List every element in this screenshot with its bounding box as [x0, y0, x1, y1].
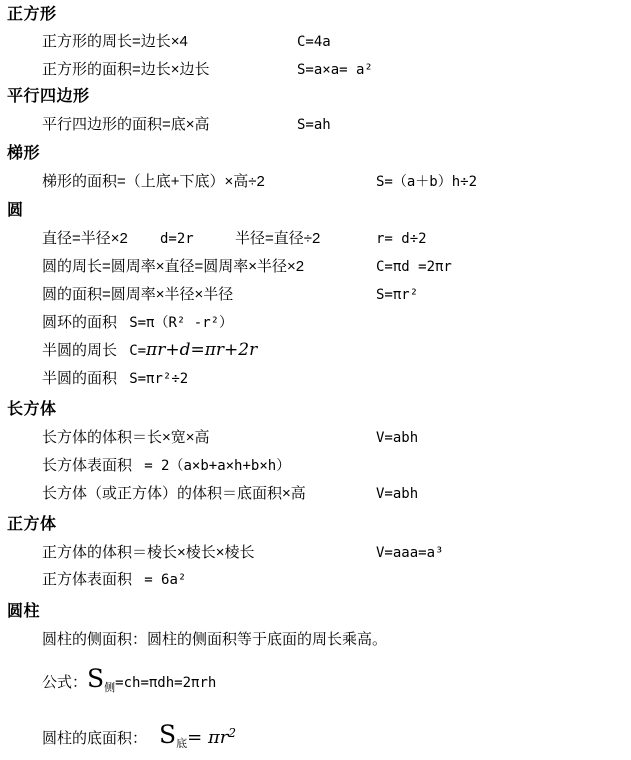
formula-value: S=（a＋b）h÷2	[376, 172, 477, 192]
formula-value: S=a×a= a²	[297, 60, 373, 80]
formula-document: 正方形 正方形的周长=边长×4 C=4a 正方形的面积=边长×边长 S=a×a=…	[0, 0, 631, 760]
formula-desc: 正方形的面积=边长×边长	[42, 60, 210, 80]
formula-desc: 正方体的体积＝棱长×棱长×棱长	[42, 543, 255, 563]
formula-desc: 圆柱的侧面积：圆柱的侧面积等于底面的周长乘高。	[42, 631, 387, 648]
formula-value: V=abh	[376, 484, 418, 504]
formula-value: S=ah	[297, 115, 331, 135]
formula-italic: πr+d=πr+2r	[146, 340, 257, 360]
formula-value: S=π（R² -r²）	[129, 315, 233, 331]
formula-desc: 圆柱的底面积：	[42, 730, 147, 747]
formula-row: 正方体表面积 = 6a²	[42, 568, 186, 592]
formula-row: 圆柱的底面积：S底= πr2	[42, 716, 236, 750]
formula-segment: 直径=半径×2	[42, 229, 128, 249]
formula-italic: = πr	[187, 727, 228, 748]
formula-desc: 正方形的周长=边长×4	[42, 32, 188, 52]
formula-value: = 6a²	[144, 572, 186, 588]
formula-desc: 半圆的周长	[42, 342, 117, 359]
formula-desc: 梯形的面积=（上底+下底）×高÷2	[42, 172, 265, 192]
formula-row: 长方体表面积 = 2（a×b+a×h+b×h）	[42, 454, 290, 478]
section-heading-cuboid: 长方体	[7, 400, 57, 420]
formula-desc: 圆的周长=圆周率×直径=圆周率×半径×2	[42, 257, 304, 277]
formula-segment: 半径=直径÷2	[235, 229, 320, 249]
formula-row: 平行四边形的面积=底×高 S=ah	[0, 115, 631, 135]
formula-row: 圆环的面积 S=π（R² -r²）	[42, 311, 233, 335]
formula-value: V=aaa=a³	[376, 543, 443, 563]
section-heading-trapezoid: 梯形	[7, 144, 40, 164]
formula-value: = 2（a×b+a×h+b×h）	[144, 458, 290, 474]
formula-desc: 长方体表面积	[42, 457, 132, 474]
formula-value: C=4a	[297, 32, 331, 52]
section-heading-parallelogram: 平行四边形	[7, 87, 90, 107]
formula-segment: d=2r	[160, 229, 194, 249]
formula-row: 圆的面积=圆周率×半径×半径 S=πr²	[0, 285, 631, 305]
formula-value: =ch=πdh=2πrh	[115, 675, 216, 691]
formula-row: 公式：S侧=ch=πdh=2πrh	[42, 663, 216, 695]
formula-row: 直径=半径×2 d=2r 半径=直径÷2 r= d÷2	[0, 229, 631, 249]
section-heading-cube: 正方体	[7, 515, 57, 535]
formula-row: 正方形的面积=边长×边长 S=a×a= a²	[0, 60, 631, 80]
formula-s-subscript: 侧	[104, 682, 115, 694]
section-heading-cylinder: 圆柱	[7, 602, 40, 622]
formula-desc: 公式：	[42, 674, 87, 691]
formula-desc: 圆的面积=圆周率×半径×半径	[42, 285, 233, 305]
formula-desc: 长方体的体积＝长×宽×高	[42, 428, 210, 448]
section-heading-circle: 圆	[7, 201, 24, 221]
formula-row: 半圆的面积 S=πr²÷2	[42, 367, 188, 391]
formula-prefix: C=	[129, 343, 146, 359]
formula-desc: 长方体（或正方体）的体积＝底面积×高	[42, 484, 306, 504]
formula-desc: 正方体表面积	[42, 571, 132, 588]
formula-row: 半圆的周长 C=πr+d=πr+2r	[42, 338, 257, 362]
formula-segment: r= d÷2	[376, 229, 427, 249]
formula-value: S=πr²	[376, 285, 418, 305]
formula-row: 长方体（或正方体）的体积＝底面积×高 V=abh	[0, 484, 631, 504]
formula-s-subscript: 底	[176, 738, 187, 750]
formula-value: S=πr²÷2	[129, 371, 188, 387]
formula-s-symbol: S	[87, 664, 104, 693]
section-heading-square: 正方形	[7, 5, 57, 25]
formula-s-symbol: S	[159, 720, 176, 749]
formula-row: 圆的周长=圆周率×直径=圆周率×半径×2 C=πd =2πr	[0, 257, 631, 277]
formula-desc: 平行四边形的面积=底×高	[42, 115, 210, 135]
formula-row: 梯形的面积=（上底+下底）×高÷2 S=（a＋b）h÷2	[0, 172, 631, 192]
formula-desc: 半圆的面积	[42, 370, 117, 387]
formula-value: C=πd =2πr	[376, 257, 452, 277]
formula-row: 正方体的体积＝棱长×棱长×棱长 V=aaa=a³	[0, 543, 631, 563]
formula-row: 圆柱的侧面积：圆柱的侧面积等于底面的周长乘高。	[42, 628, 387, 652]
formula-value: V=abh	[376, 428, 418, 448]
formula-desc: 圆环的面积	[42, 314, 117, 331]
formula-row: 长方体的体积＝长×宽×高 V=abh	[0, 428, 631, 448]
formula-row: 正方形的周长=边长×4 C=4a	[0, 32, 631, 52]
formula-superscript: 2	[228, 726, 236, 740]
